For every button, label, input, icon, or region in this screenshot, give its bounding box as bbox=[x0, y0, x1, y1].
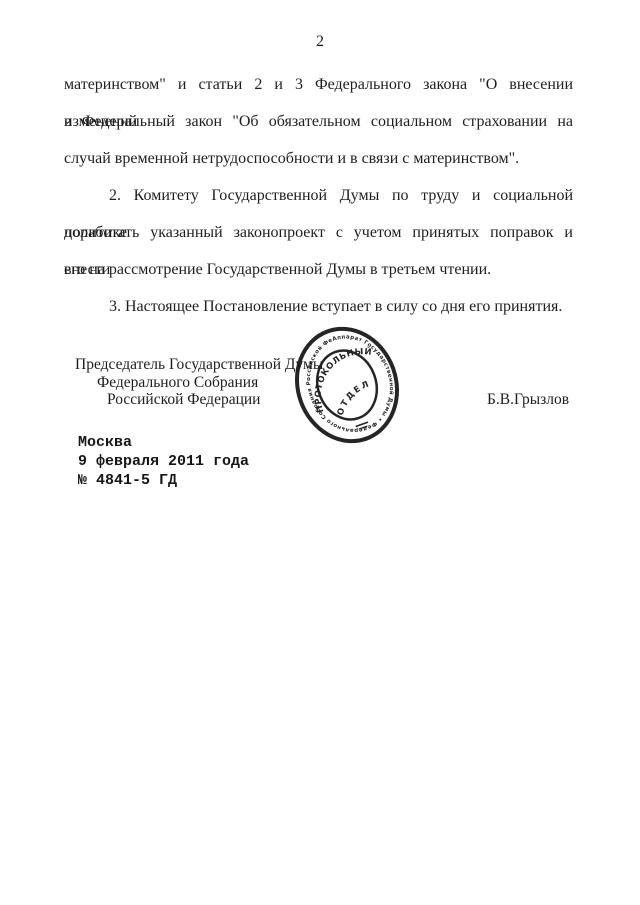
page-number: 2 bbox=[0, 33, 640, 51]
body-line-3: случай временной нетрудоспособности и в … bbox=[64, 140, 573, 177]
body-line-1: материнством" и статьи 2 и 3 Федеральног… bbox=[64, 66, 573, 103]
signatory-title-line-3: Российской Федерации bbox=[107, 391, 260, 409]
body-line-4: 2. Комитету Государственной Думы по труд… bbox=[64, 177, 573, 214]
footer-document-number: № 4841-5 ГД bbox=[78, 471, 249, 490]
footer-date: 9 февраля 2011 года bbox=[78, 452, 249, 471]
footer-block: Москва 9 февраля 2011 года № 4841-5 ГД bbox=[78, 433, 249, 490]
stamp-center-subtext: ОТДЕЛ bbox=[328, 379, 378, 420]
signatory-name: Б.В.Грызлов bbox=[487, 391, 569, 409]
body-line-6: его на рассмотрение Государственной Думы… bbox=[64, 251, 573, 288]
document-body: материнством" и статьи 2 и 3 Федеральног… bbox=[64, 66, 573, 325]
body-line-2: в Федеральный закон "Об обязательном соц… bbox=[64, 103, 573, 140]
protocol-department-stamp-icon: Аппарат Государственной Думы • Федеральн… bbox=[272, 308, 422, 468]
body-line-5: доработать указанный законопроект с учет… bbox=[64, 214, 573, 251]
footer-city: Москва bbox=[78, 433, 249, 452]
signatory-title-line-2: Федерального Собрания bbox=[97, 374, 258, 392]
document-page: 2 материнством" и статьи 2 и 3 Федеральн… bbox=[0, 0, 640, 905]
